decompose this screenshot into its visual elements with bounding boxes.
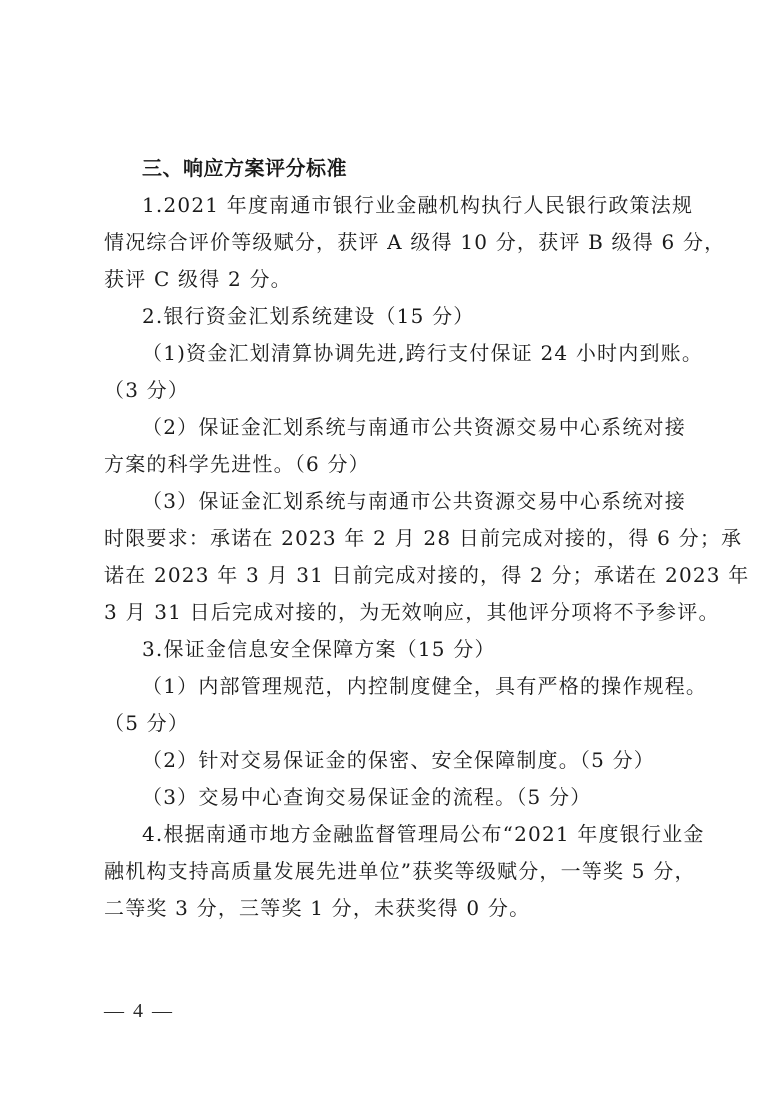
document-line: 4.根据南通市地方金融监督管理局公布“2021 年度银行业金 [104, 816, 682, 853]
document-line: （5 分） [104, 705, 682, 742]
document-line: 诺在 2023 年 3 月 31 日前完成对接的，得 2 分；承诺在 2023 … [104, 557, 682, 594]
document-line: （2）针对交易保证金的保密、安全保障制度。（5 分） [104, 742, 682, 779]
document-line: （1)资金汇划清算协调先进,跨行支付保证 24 小时内到账。 [104, 335, 682, 372]
document-line: （2）保证金汇划系统与南通市公共资源交易中心系统对接 [104, 409, 682, 446]
document-line: 时限要求：承诺在 2023 年 2 月 28 日前完成对接的，得 6 分；承 [104, 520, 682, 557]
document-line: 情况综合评价等级赋分，获评 A 级得 10 分，获评 B 级得 6 分， [104, 224, 682, 261]
document-line: （1）内部管理规范，内控制度健全，具有严格的操作规程。 [104, 668, 682, 705]
document-line: 二等奖 3 分，三等奖 1 分，未获奖得 0 分。 [104, 890, 682, 927]
document-line: 3.保证金信息安全保障方案（15 分） [104, 631, 682, 668]
document-line: （3）保证金汇划系统与南通市公共资源交易中心系统对接 [104, 483, 682, 520]
document-line: 2.银行资金汇划系统建设（15 分） [104, 298, 682, 335]
document-line: 3 月 31 日后完成对接的，为无效响应，其他评分项将不予参评。 [104, 594, 682, 631]
document-page: 三、响应方案评分标准 1.2021 年度南通市银行业金融机构执行人民银行政策法规… [104, 150, 682, 927]
document-line: 1.2021 年度南通市银行业金融机构执行人民银行政策法规 [104, 187, 682, 224]
section-heading: 三、响应方案评分标准 [104, 150, 682, 187]
document-line: （3 分） [104, 372, 682, 409]
document-line: （3）交易中心查询交易保证金的流程。（5 分） [104, 779, 682, 816]
document-body: 1.2021 年度南通市银行业金融机构执行人民银行政策法规情况综合评价等级赋分，… [104, 187, 682, 927]
document-line: 获评 C 级得 2 分。 [104, 261, 682, 298]
document-line: 融机构支持高质量发展先进单位”获奖等级赋分，一等奖 5 分， [104, 853, 682, 890]
document-line: 方案的科学先进性。（6 分） [104, 446, 682, 483]
page-number: — 4 — [104, 1000, 174, 1023]
